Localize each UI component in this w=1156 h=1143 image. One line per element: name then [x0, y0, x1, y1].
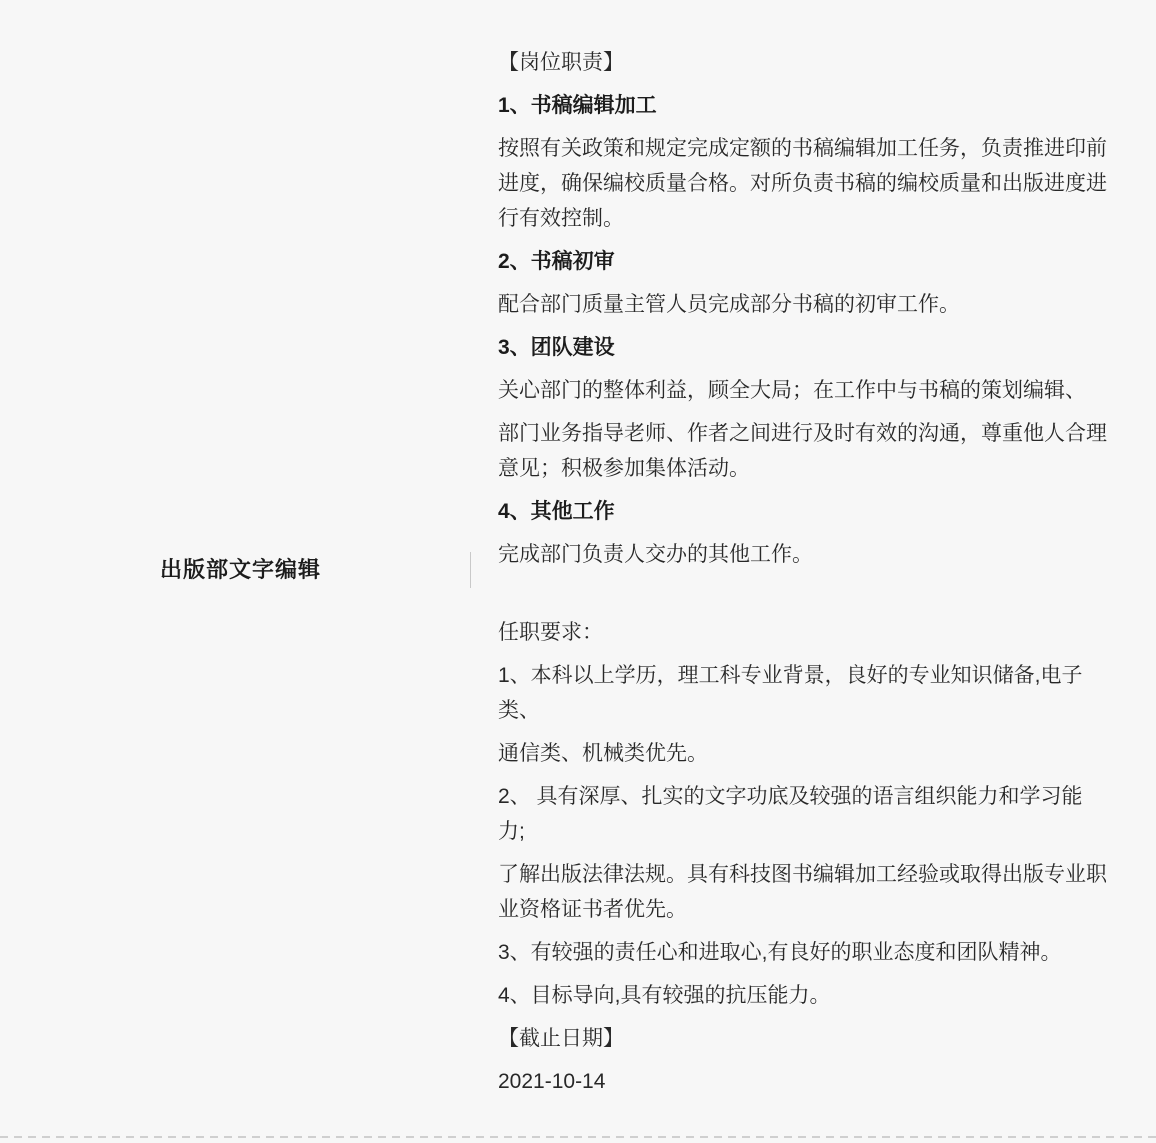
- description-paragraph: 4、目标导向,具有较强的抗压能力。: [498, 978, 1150, 1013]
- section-heading: 3、团队建设: [498, 330, 1150, 365]
- description-paragraph: 按照有关政策和规定完成定额的书稿编辑加工任务，负责推进印前 进度，确保编校质量合…: [498, 131, 1150, 236]
- description-paragraph: 部门业务指导老师、作者之间进行及时有效的沟通，尊重他人合理 意见；积极参加集体活…: [498, 416, 1150, 486]
- description-paragraph: 1、本科以上学历，理工科专业背景，良好的专业知识储备,电子 类、: [498, 658, 1150, 728]
- description-paragraph: 3、有较强的责任心和进取心,有良好的职业态度和团队精神。: [498, 935, 1150, 970]
- description-paragraph: 2、 具有深厚、扎实的文字功底及较强的语言组织能力和学习能 力;: [498, 779, 1150, 849]
- section-heading: 1、书稿编辑加工: [498, 88, 1150, 123]
- section-heading: 4、其他工作: [498, 494, 1150, 529]
- section-spacer: [498, 580, 1150, 615]
- section-heading: 2、书稿初审: [498, 244, 1150, 279]
- description-paragraph: 通信类、机械类优先。: [498, 736, 1150, 771]
- description-paragraph: 了解出版法律法规。具有科技图书编辑加工经验或取得出版专业职 业资格证书者优先。: [498, 857, 1150, 927]
- description-paragraph: 配合部门质量主管人员完成部分书稿的初审工作。: [498, 287, 1150, 322]
- bottom-dashed-divider: [0, 1136, 1156, 1138]
- description-paragraph: 2021-10-14: [498, 1064, 1150, 1099]
- description-paragraph: 【截止日期】: [498, 1021, 1150, 1056]
- description-paragraph: 【岗位职责】: [498, 45, 1150, 80]
- job-title[interactable]: 出版部文字编辑: [160, 557, 321, 583]
- description-paragraph: 完成部门负责人交办的其他工作。: [498, 537, 1150, 572]
- job-description: 【岗位职责】1、书稿编辑加工按照有关政策和规定完成定额的书稿编辑加工任务，负责推…: [498, 45, 1150, 1107]
- vertical-divider: [470, 552, 471, 588]
- description-paragraph: 关心部门的整体利益，顾全大局；在工作中与书稿的策划编辑、: [498, 373, 1150, 408]
- description-paragraph: 任职要求：: [498, 615, 1150, 650]
- job-listing-panel: 出版部文字编辑 【岗位职责】1、书稿编辑加工按照有关政策和规定完成定额的书稿编辑…: [0, 0, 1156, 1143]
